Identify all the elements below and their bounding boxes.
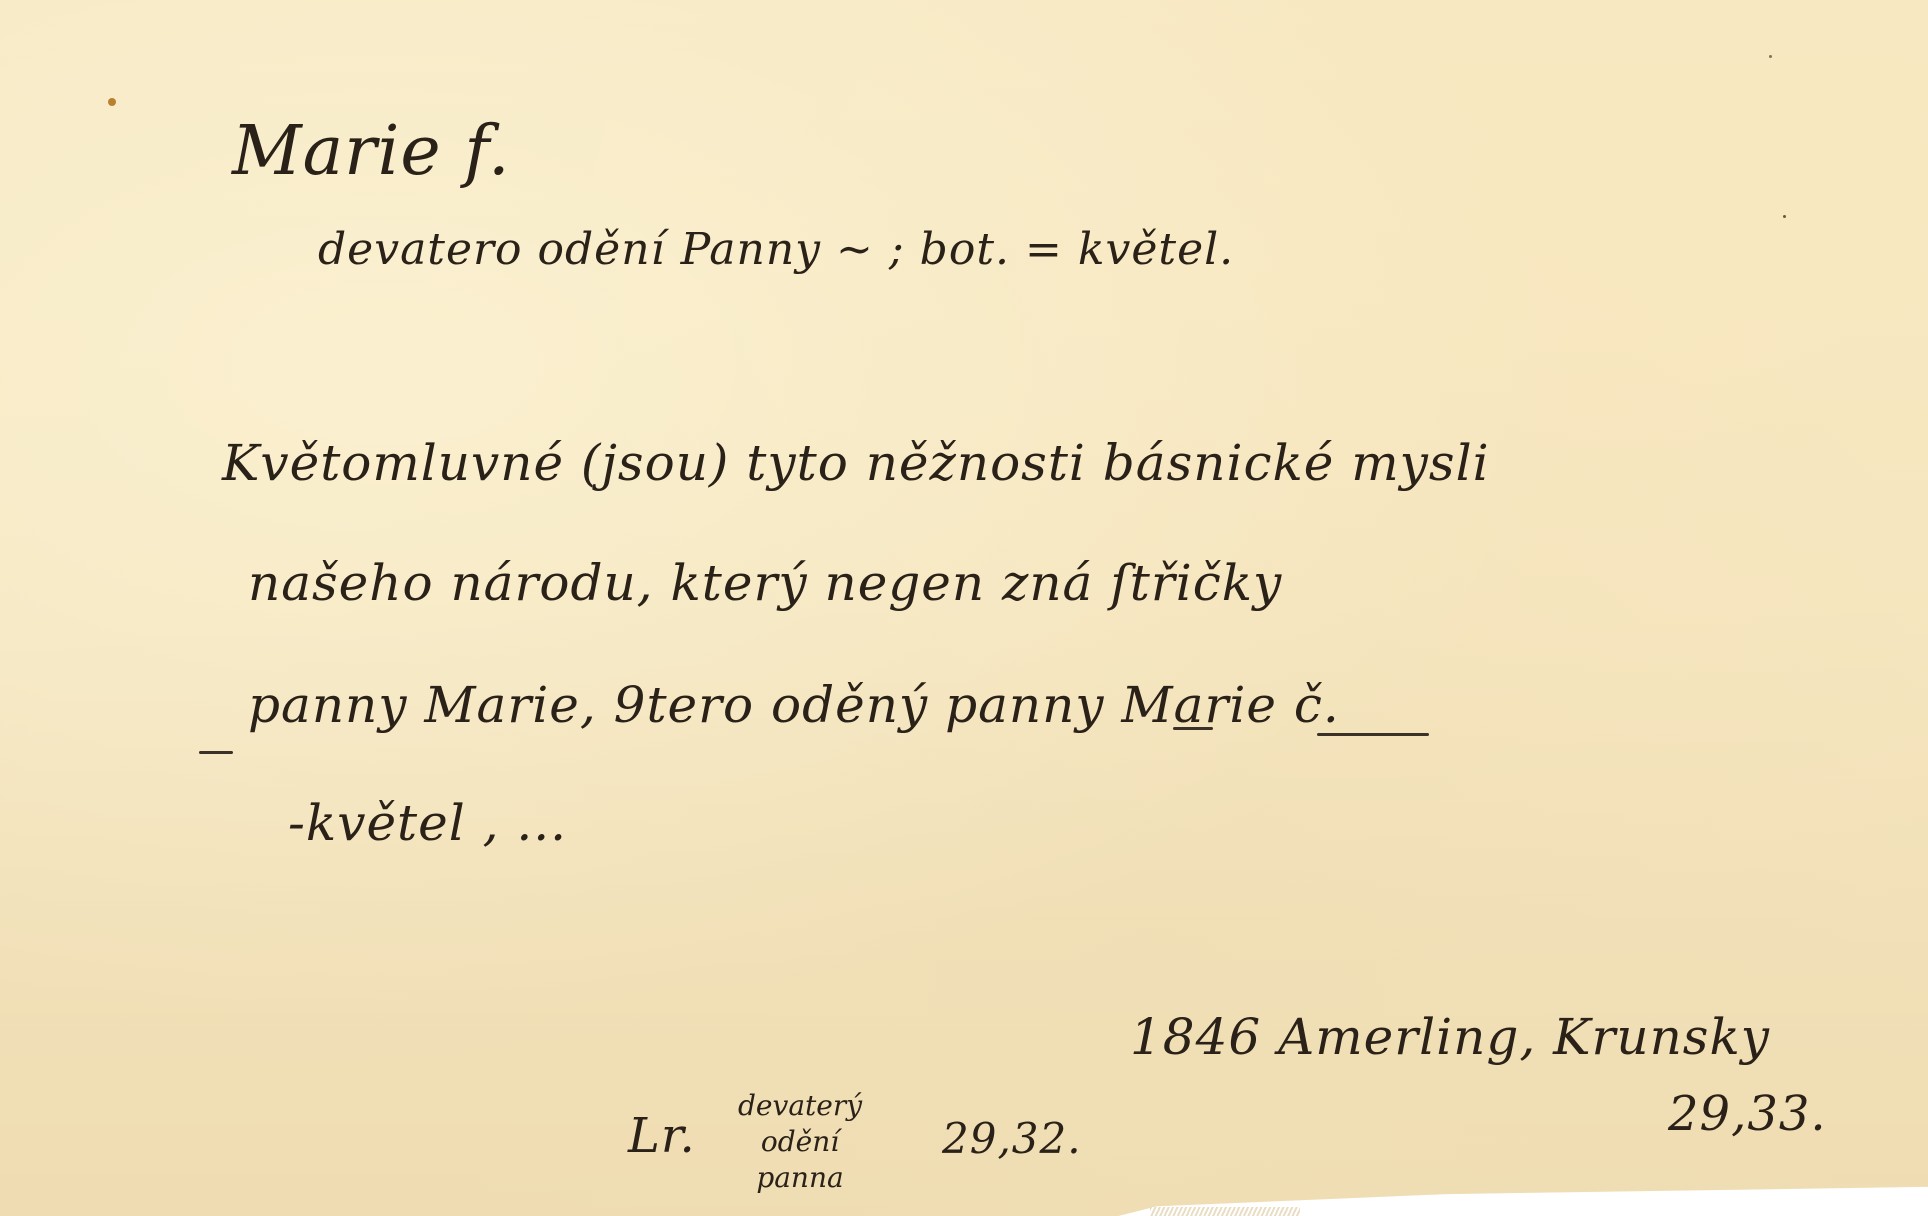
cross-reference-word: panna bbox=[756, 1160, 843, 1196]
citation-line-2: našeho národu, který negen zná ſtřičky bbox=[248, 558, 1282, 608]
cross-reference-word: devaterý bbox=[738, 1088, 862, 1124]
headword: Marie f. bbox=[232, 118, 511, 186]
source-reference: 29,33. bbox=[1668, 1090, 1827, 1138]
document-slip: Marie f. devatero odění Panny ~ ; bot. =… bbox=[0, 0, 1928, 1216]
paper-speck bbox=[1769, 55, 1772, 58]
underline-marie bbox=[1317, 733, 1429, 736]
source-author: 1846 Amerling, Krunsky bbox=[1130, 1012, 1770, 1062]
paper-stain bbox=[108, 98, 116, 106]
cross-reference-word: odění bbox=[761, 1124, 839, 1160]
citation-line-3: panny Marie, 9tero oděný panny Marie č. bbox=[248, 680, 1340, 730]
headword-gloss: devatero odění Panny ~ ; bot. = květel. bbox=[318, 228, 1234, 272]
cross-reference-stack: devaterý odění panna bbox=[738, 1088, 862, 1196]
paper-speck bbox=[1783, 215, 1786, 218]
cross-reference-abbr: Lr. bbox=[628, 1112, 696, 1160]
cross-reference-number: 29,32. bbox=[942, 1118, 1082, 1160]
torn-edge bbox=[1150, 1207, 1300, 1216]
citation-line-4: -květel , ... bbox=[288, 798, 567, 848]
underline-panny bbox=[1173, 727, 1213, 730]
citation-line-1: Květomluvné (jsou) tyto něžnosti básnick… bbox=[222, 438, 1490, 488]
underline-kvetel bbox=[199, 751, 233, 754]
